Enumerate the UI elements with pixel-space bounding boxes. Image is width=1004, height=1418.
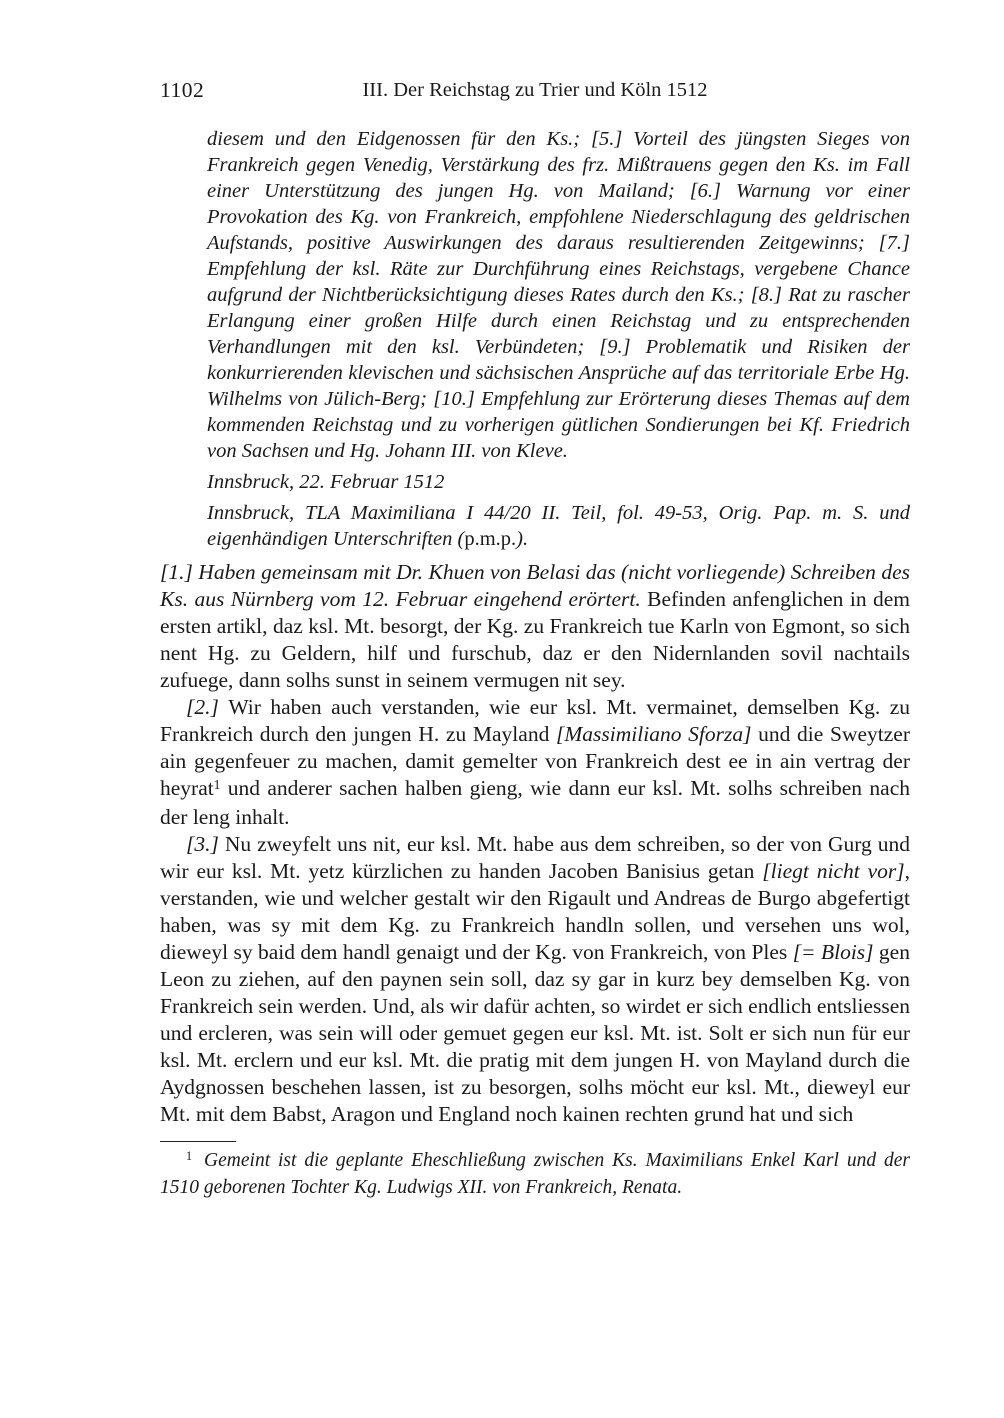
book-page: 1102 III. Der Reichstag zu Trier und Köl…	[0, 0, 1004, 1418]
page-header: 1102 III. Der Reichstag zu Trier und Köl…	[160, 78, 910, 102]
footnote-rule	[160, 1141, 236, 1142]
footnote-area: 1Gemeint ist die geplante Eheschließung …	[160, 1141, 910, 1201]
regest-summary-paragraph: diesem und den Eidgenossen für den Ks.; …	[207, 126, 910, 464]
dateline: Innsbruck, 22. Februar 1512	[207, 469, 910, 495]
footnote-text: Gemeint ist die geplante Eheschließung z…	[160, 1150, 910, 1198]
archive-reference: Innsbruck, TLA Maximiliana I 44/20 II. T…	[207, 500, 910, 552]
document-body: [1.] Haben gemeinsam mit Dr. Khuen von B…	[160, 559, 910, 1128]
regest-summary-block: diesem und den Eidgenossen für den Ks.; …	[207, 126, 910, 552]
footnote-marker: 1	[186, 1149, 192, 1163]
body-paragraph-3: [3.] Nu zweyfelt uns nit, eur ksl. Mt. h…	[160, 831, 910, 1128]
running-title: III. Der Reichstag zu Trier und Köln 151…	[160, 78, 910, 102]
footnote-1: 1Gemeint ist die geplante Eheschließung …	[160, 1148, 910, 1201]
page-number: 1102	[160, 78, 204, 102]
body-paragraph-1: [1.] Haben gemeinsam mit Dr. Khuen von B…	[160, 559, 910, 694]
body-paragraph-2: [2.] Wir haben auch verstanden, wie eur …	[160, 694, 910, 831]
